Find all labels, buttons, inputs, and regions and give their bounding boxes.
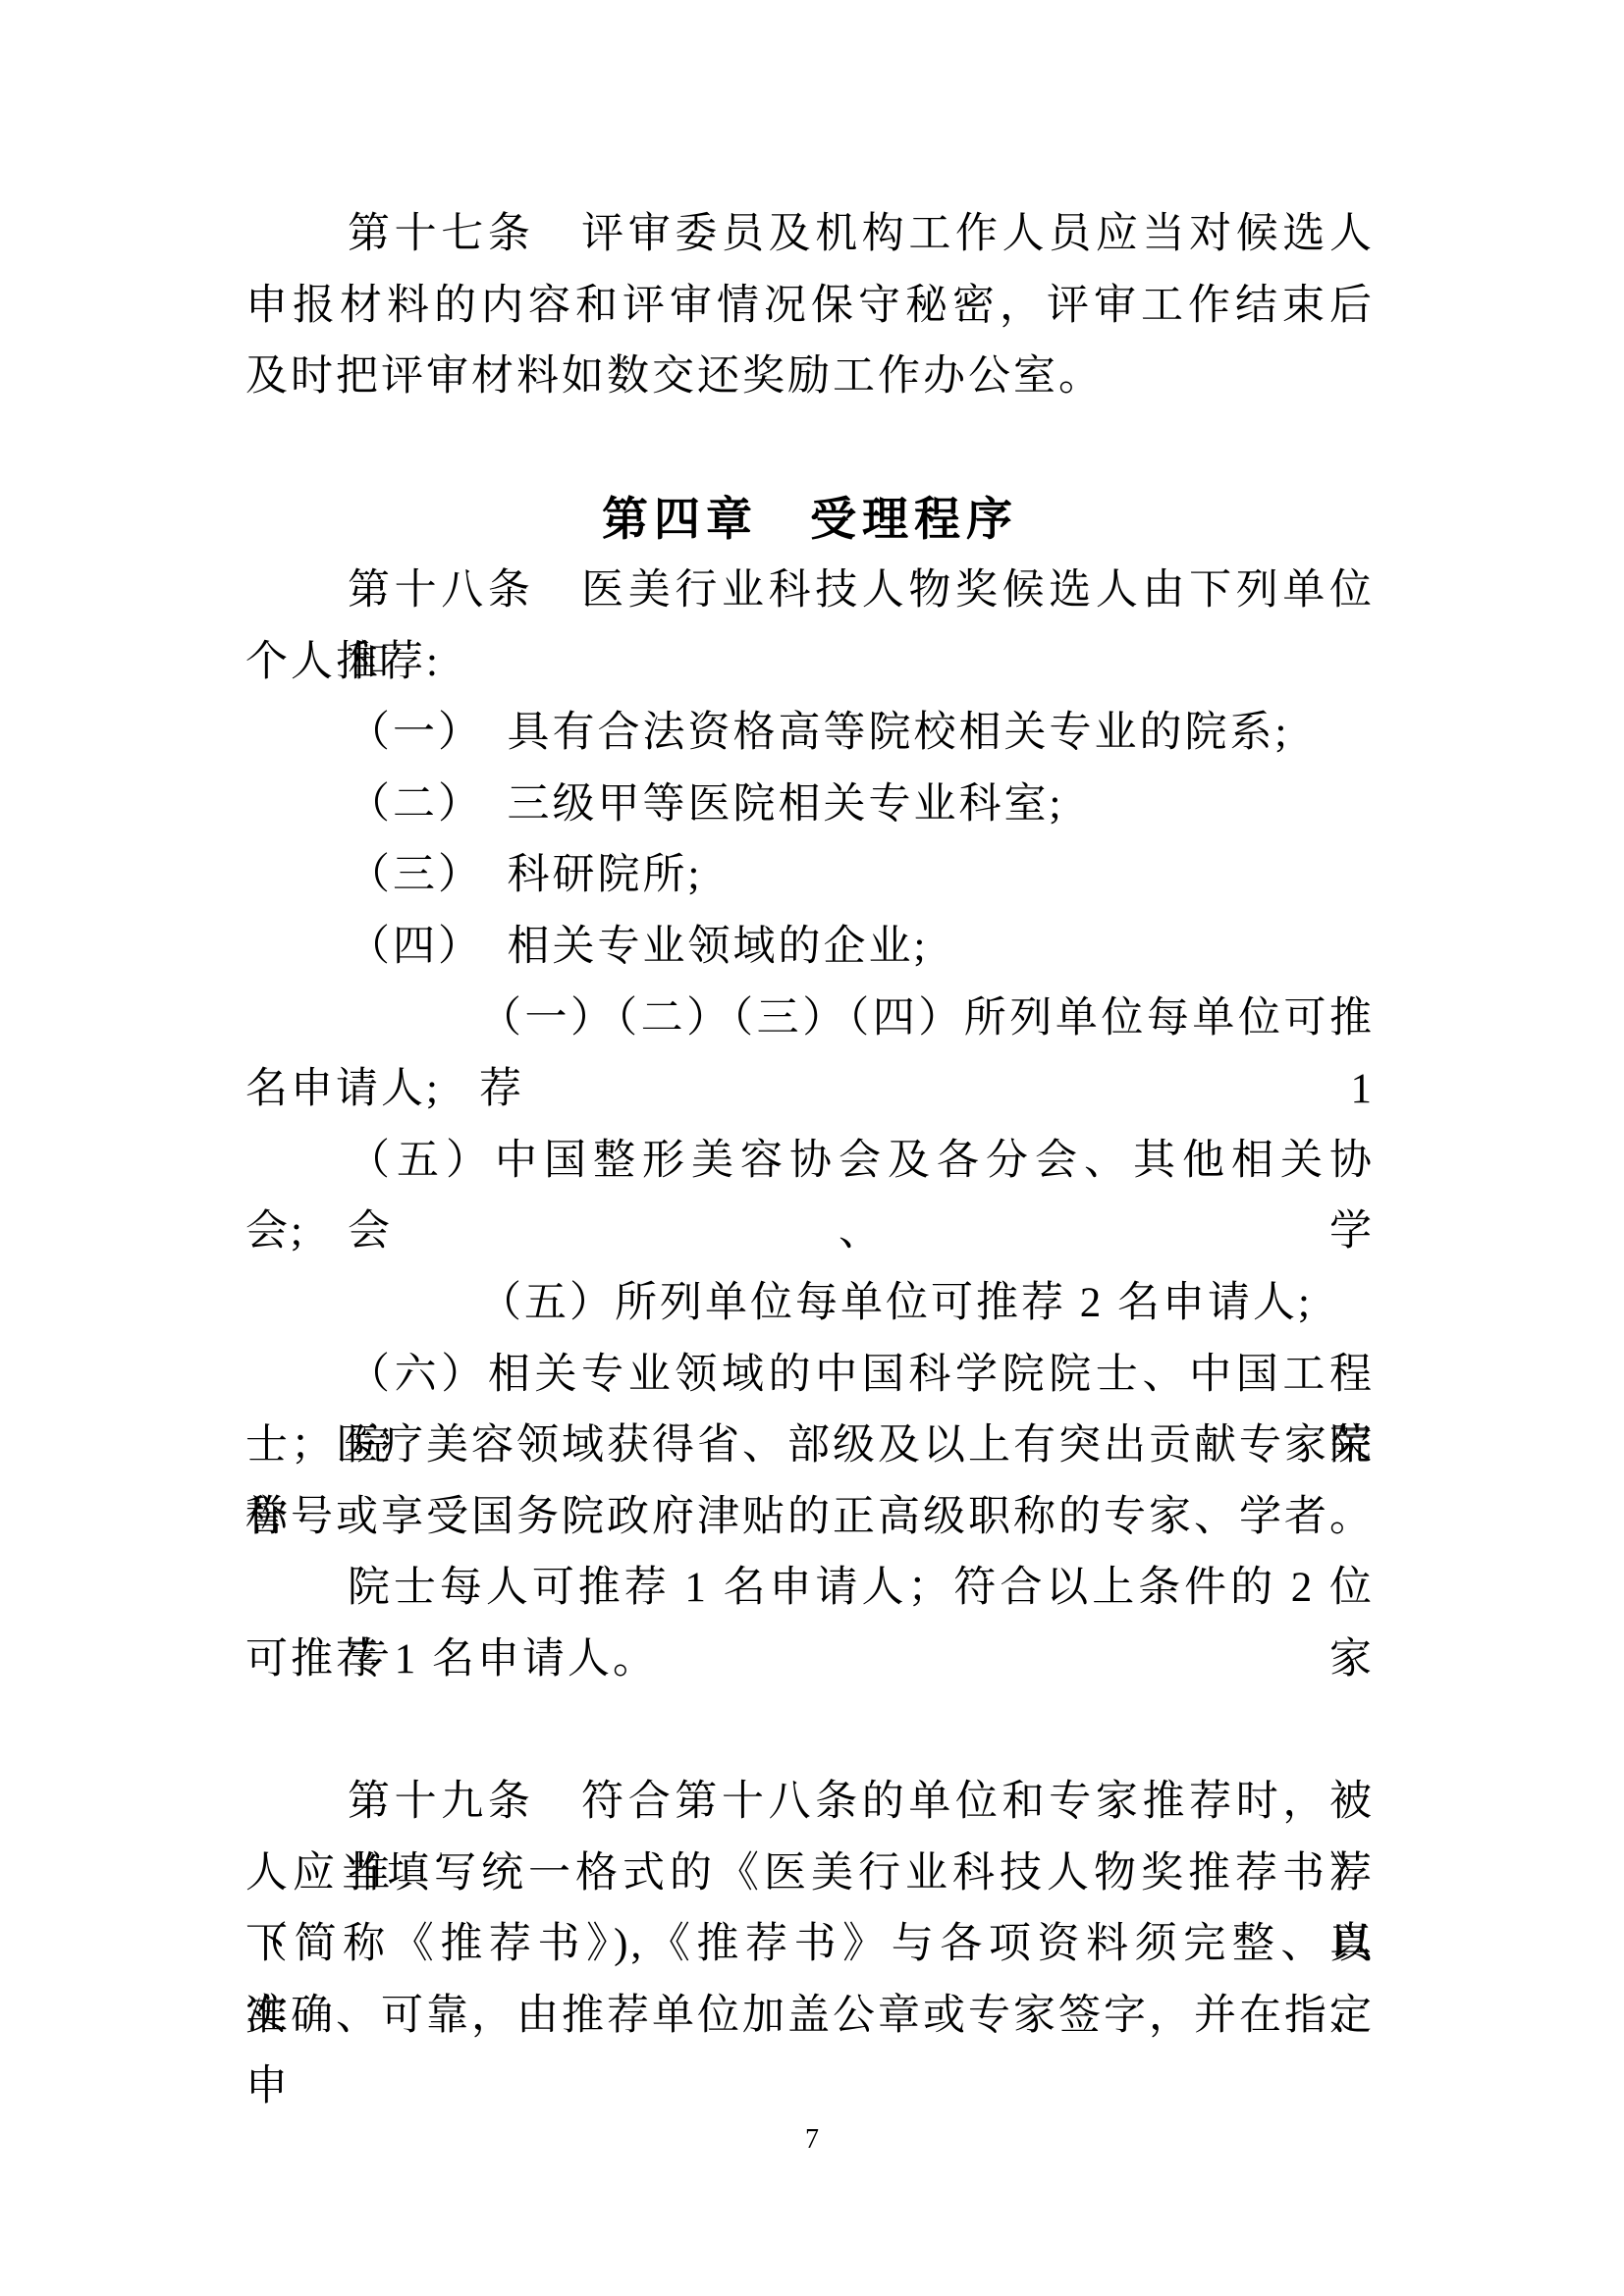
list-item: （一） 具有合法资格高等院校相关专业的院系; bbox=[245, 698, 1375, 770]
text-line: 人应当填写统一格式的《医美行业科技人物奖推荐书》（以 bbox=[245, 1839, 1375, 1910]
page-number: 7 bbox=[0, 2120, 1624, 2160]
document-page: 第十七条 评审委员及机构工作人员应当对候选人 申报材料的内容和评审情况保守秘密，… bbox=[0, 0, 1624, 2296]
text-line: 第十八条 医美行业科技人物奖候选人由下列单位和 bbox=[245, 556, 1375, 627]
text-line: 第十七条 评审委员及机构工作人员应当对候选人 bbox=[245, 199, 1375, 271]
blank-line bbox=[245, 413, 1375, 485]
list-item: （四） 相关专业领域的企业; bbox=[245, 912, 1375, 984]
list-item: （六）相关专业领域的中国科学院院士、中国工程院院 bbox=[245, 1340, 1375, 1412]
text-line: （五）所列单位每单位可推荐 2 名申请人; bbox=[245, 1268, 1375, 1340]
text-line: 下简称《推荐书》),《推荐书》与各项资料须完整、真实、 bbox=[245, 1909, 1375, 1981]
text-line: 个人推荐: bbox=[245, 627, 1375, 699]
text-line: 准确、可靠，由推荐单位加盖公章或专家签字，并在指定申 bbox=[245, 1981, 1375, 2053]
text-line: 第十九条 符合第十八条的单位和专家推荐时，被推荐 bbox=[245, 1767, 1375, 1839]
text-line: （一）（二）（三）（四）所列单位每单位可推荐 1 bbox=[245, 984, 1375, 1055]
text-line: 及时把评审材料如数交还奖励工作办公室。 bbox=[245, 342, 1375, 413]
text-line: 院士每人可推荐 1 名申请人；符合以上条件的 2 位专家 bbox=[245, 1553, 1375, 1625]
text-line: 士；医疗美容领域获得省、部级及以上有突出贡献专家荣誉 bbox=[245, 1411, 1375, 1482]
text-line: 称号或享受国务院政府津贴的正高级职称的专家、学者。 bbox=[245, 1482, 1375, 1554]
blank-line bbox=[245, 1695, 1375, 1767]
list-item: （三） 科研院所; bbox=[245, 840, 1375, 912]
list-item: （五）中国整形美容协会及各分会、其他相关协会、学 bbox=[245, 1126, 1375, 1198]
text-line: 申报材料的内容和评审情况保守秘密，评审工作结束后 bbox=[245, 271, 1375, 343]
chapter-heading: 第四章 受理程序 bbox=[245, 484, 1375, 556]
document-body: 第十七条 评审委员及机构工作人员应当对候选人 申报材料的内容和评审情况保守秘密，… bbox=[245, 199, 1375, 2052]
list-item: （二） 三级甲等医院相关专业科室; bbox=[245, 770, 1375, 841]
